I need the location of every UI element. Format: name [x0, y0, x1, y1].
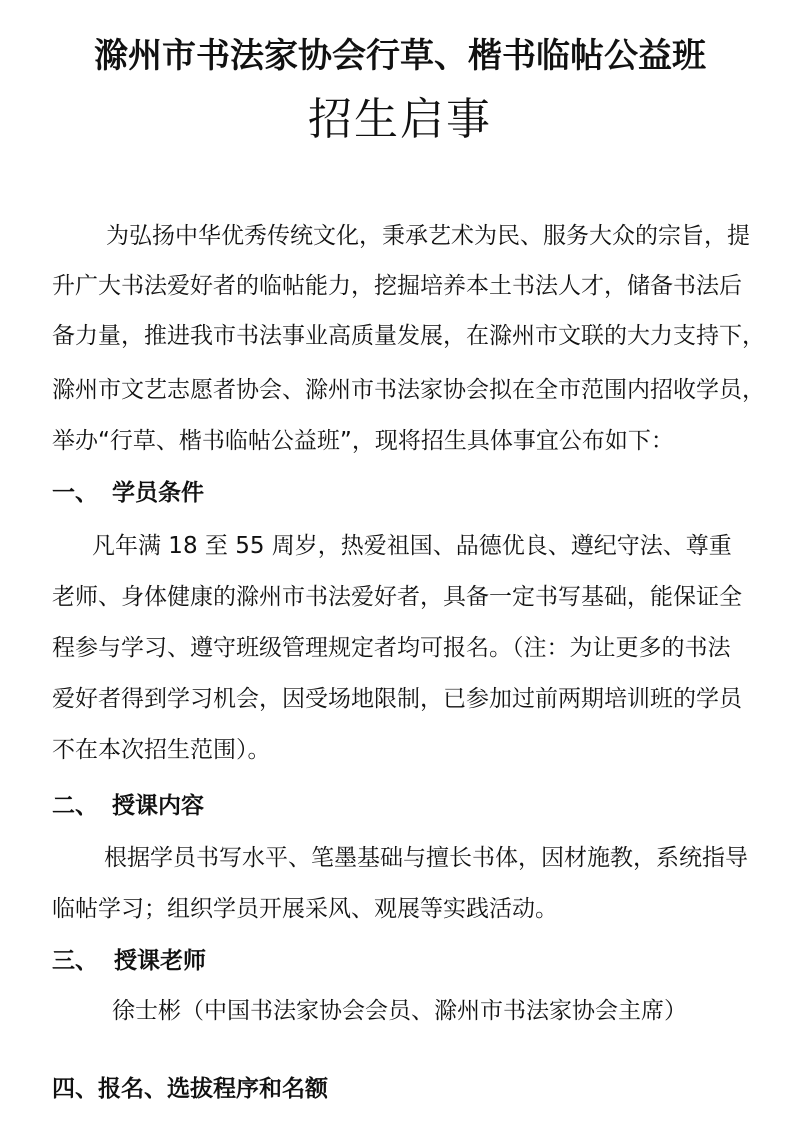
section-title: 授课内容	[112, 793, 204, 819]
document-subtitle: 招生启事	[0, 92, 800, 148]
intro-line-3: 备力量，推进我市书法事业高质量发展，在滁州市文联的大力支持下，	[52, 321, 752, 351]
section1-line-4: 爱好者得到学习机会，因受场地限制，已参加过前两期培训班的学员	[52, 684, 752, 714]
section1-line-2: 老师、身体健康的滁州市书法爱好者，具备一定书写基础，能保证全	[52, 582, 752, 612]
document-title: 滁州市书法家协会行草、楷书临帖公益班	[0, 34, 800, 78]
section-title: 报名、选拔程序和名额	[98, 1076, 328, 1102]
section1-line-5: 不在本次招生范围）。	[52, 735, 752, 765]
section-title: 授课老师	[114, 948, 206, 974]
section2-line-1: 根据学员书写水平、笔墨基础与擅长书体，因材施教，系统指导	[104, 843, 800, 873]
section-title: 学员条件	[112, 480, 204, 506]
section3-line-1: 徐士彬（中国书法家协会会员、滁州市书法家协会主席）	[112, 996, 800, 1026]
section-number: 一、	[52, 478, 112, 508]
intro-line-5: 举办“行草、楷书临帖公益班”，现将招生具体事宜公布如下：	[52, 426, 752, 456]
section-heading-1: 一、学员条件	[52, 478, 204, 508]
section-heading-3: 三、授课老师	[52, 946, 206, 976]
section1-line-1: 凡年满 18 至 55 周岁，热爱祖国、品德优良、遵纪守法、尊重	[92, 531, 792, 561]
section1-line-3: 程参与学习、遵守班级管理规定者均可报名。（注：为让更多的书法	[52, 633, 752, 663]
document-page: 滁州市书法家协会行草、楷书临帖公益班 招生启事 为弘扬中华优秀传统文化，秉承艺术…	[0, 0, 800, 1133]
section-number: 二、	[52, 791, 112, 821]
section-heading-4: 四、报名、选拔程序和名额	[52, 1074, 328, 1104]
intro-line-2: 升广大书法爱好者的临帖能力，挖掘培养本土书法人才，储备书法后	[52, 271, 752, 301]
section-number: 四、	[52, 1074, 98, 1104]
section-number: 三、	[52, 946, 114, 976]
intro-line-4: 滁州市文艺志愿者协会、滁州市书法家协会拟在全市范围内招收学员，	[52, 375, 752, 405]
section-heading-2: 二、授课内容	[52, 791, 204, 821]
section2-line-2: 临帖学习；组织学员开展采风、观展等实践活动。	[52, 894, 752, 924]
intro-line-1: 为弘扬中华优秀传统文化，秉承艺术为民、服务大众的宗旨，提	[106, 221, 800, 251]
